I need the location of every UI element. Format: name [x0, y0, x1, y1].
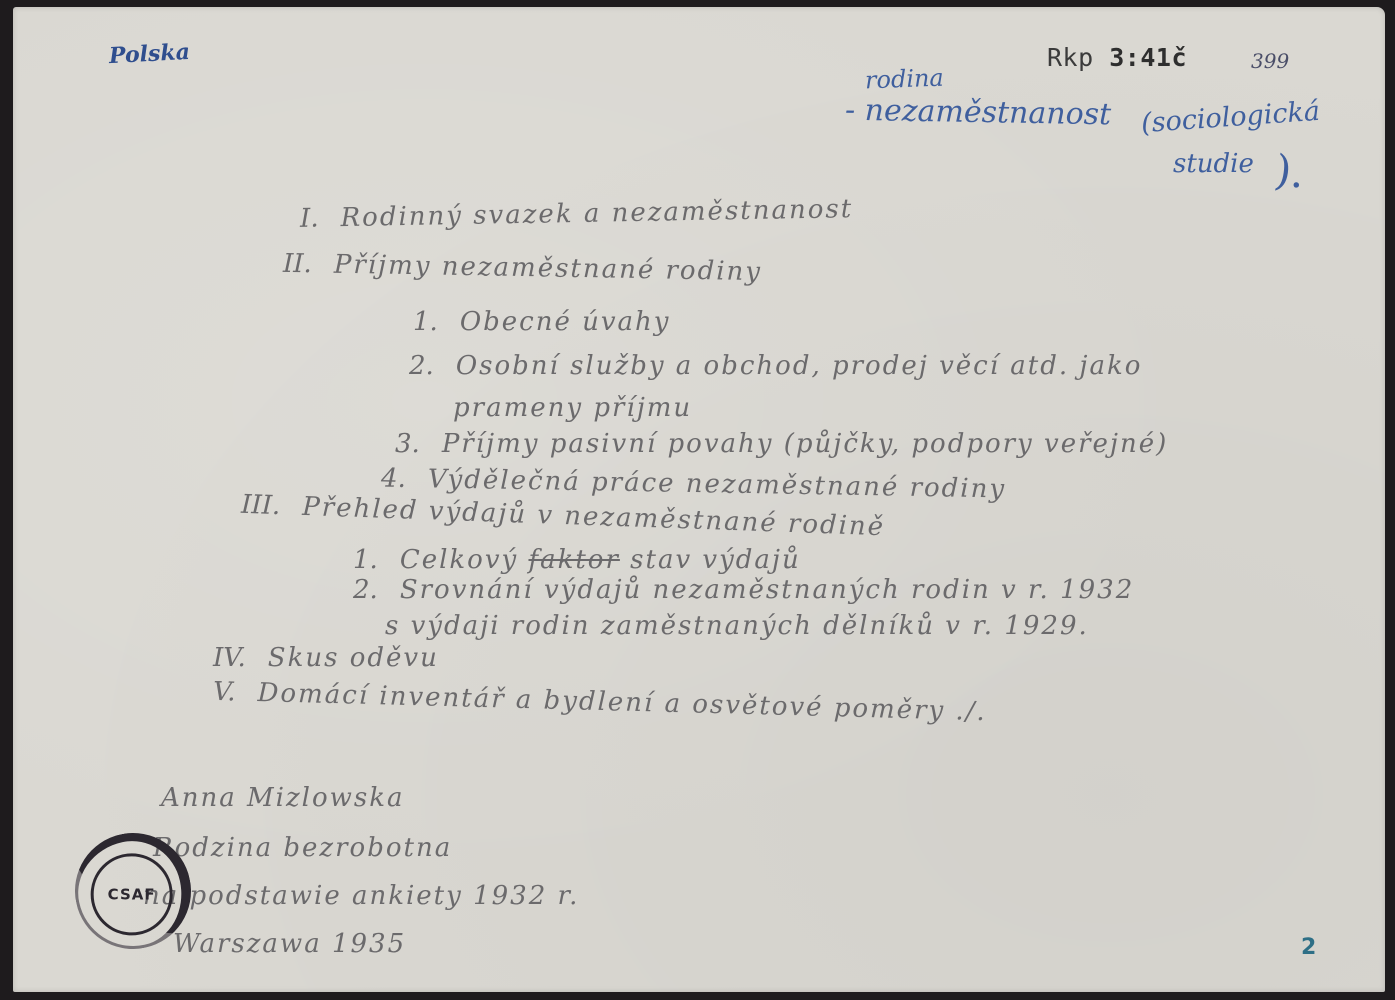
outline-text: Srovnání výdajů nezaměstnaných rodin v r…	[400, 575, 1134, 605]
outline-text: Rodinný svazek a nezaměstnanost	[340, 194, 853, 233]
shelfmark-number: 3:41	[1109, 43, 1171, 72]
outline-marker: V.	[213, 677, 236, 708]
stamp-inner-ring: CSAF	[91, 853, 173, 935]
title-note-close: ).	[1272, 145, 1308, 198]
book-title: Rodzina bezrobotna	[153, 833, 452, 863]
outline-text: Skus oděvu	[268, 643, 439, 673]
outline-text: Domácí inventář a bydlení a osvětové pom…	[257, 678, 987, 727]
outline-marker: I.	[300, 204, 319, 234]
outline-marker: 1.	[353, 545, 378, 575]
outline-item-5: 3.Příjmy pasivní povahy (půjčky, podpory…	[395, 429, 1168, 459]
outline-marker: 3.	[395, 429, 420, 459]
outline-item-11: V.Domácí inventář a bydlení a osvětové p…	[213, 677, 987, 727]
stamp-text: CSAF	[108, 885, 156, 903]
document-card: Polska Rkp 3:41č 399 rodina - nezaměstna…	[13, 7, 1385, 992]
outline-item-9: 2.Srovnání výdajů nezaměstnaných rodin v…	[353, 575, 1134, 605]
book-subtitle: na podstawie ankiety 1932 r.	[143, 881, 579, 911]
outline-marker: 2.	[409, 351, 434, 381]
outline-marker: 2.	[353, 575, 378, 605]
outline-item-4-cont: prameny příjmu	[453, 393, 692, 423]
outline-item-2: II.Příjmy nezaměstnané rodiny	[283, 249, 762, 287]
shelfmark-suffix: č	[1171, 43, 1187, 72]
outline-text: s výdaji rodin zaměstnaných dělníků v r.…	[385, 611, 1089, 641]
shelfmark: Rkp 3:41č	[1047, 43, 1187, 72]
outline-text-rest: stav výdajů	[630, 545, 801, 575]
outline-text: Příjmy pasivní povahy (půjčky, podpory v…	[442, 429, 1168, 459]
outline-item-10: IV.Skus oděvu	[213, 643, 439, 673]
publication-place-year: Warszawa 1935	[173, 929, 406, 959]
outline-marker: IV.	[213, 643, 246, 673]
outline-marker: 1.	[413, 307, 438, 337]
outline-item-8: 1.Celkový faktor stav výdajů	[353, 545, 801, 575]
shelfmark-prefix: Rkp	[1047, 43, 1094, 72]
author-name: Anna Mizlowska	[161, 783, 405, 813]
outline-marker: III.	[241, 490, 281, 521]
title-note-line-1: rodina	[865, 64, 945, 95]
title-note-line-2: - nezaměstnanost	[845, 93, 1112, 133]
outline-text: Příjmy nezaměstnané rodiny	[334, 250, 763, 287]
title-note-line-3: (sociologická	[1140, 96, 1321, 139]
outline-text: Obecné úvahy	[460, 307, 671, 337]
corner-label: Polska	[108, 39, 190, 69]
outline-text: prameny příjmu	[453, 393, 692, 423]
struck-word: faktor	[528, 545, 619, 575]
outline-marker: II.	[283, 249, 312, 279]
outline-item-9-cont: s výdaji rodin zaměstnaných dělníků v r.…	[385, 611, 1089, 641]
outline-item-4: 2.Osobní služby a obchod, prodej věcí at…	[409, 351, 1142, 381]
outline-item-1: I.Rodinný svazek a nezaměstnanost	[300, 194, 854, 234]
outline-item-3: 1.Obecné úvahy	[413, 307, 670, 337]
shelfmark-handwritten-number: 399	[1251, 49, 1289, 73]
title-note-line-4: studie	[1173, 149, 1254, 179]
outline-text: Celkový	[400, 545, 518, 575]
outline-text: Osobní služby a obchod, prodej věcí atd.…	[456, 351, 1143, 381]
outline-marker: 4.	[381, 464, 406, 494]
page-number: 2	[1301, 935, 1316, 960]
